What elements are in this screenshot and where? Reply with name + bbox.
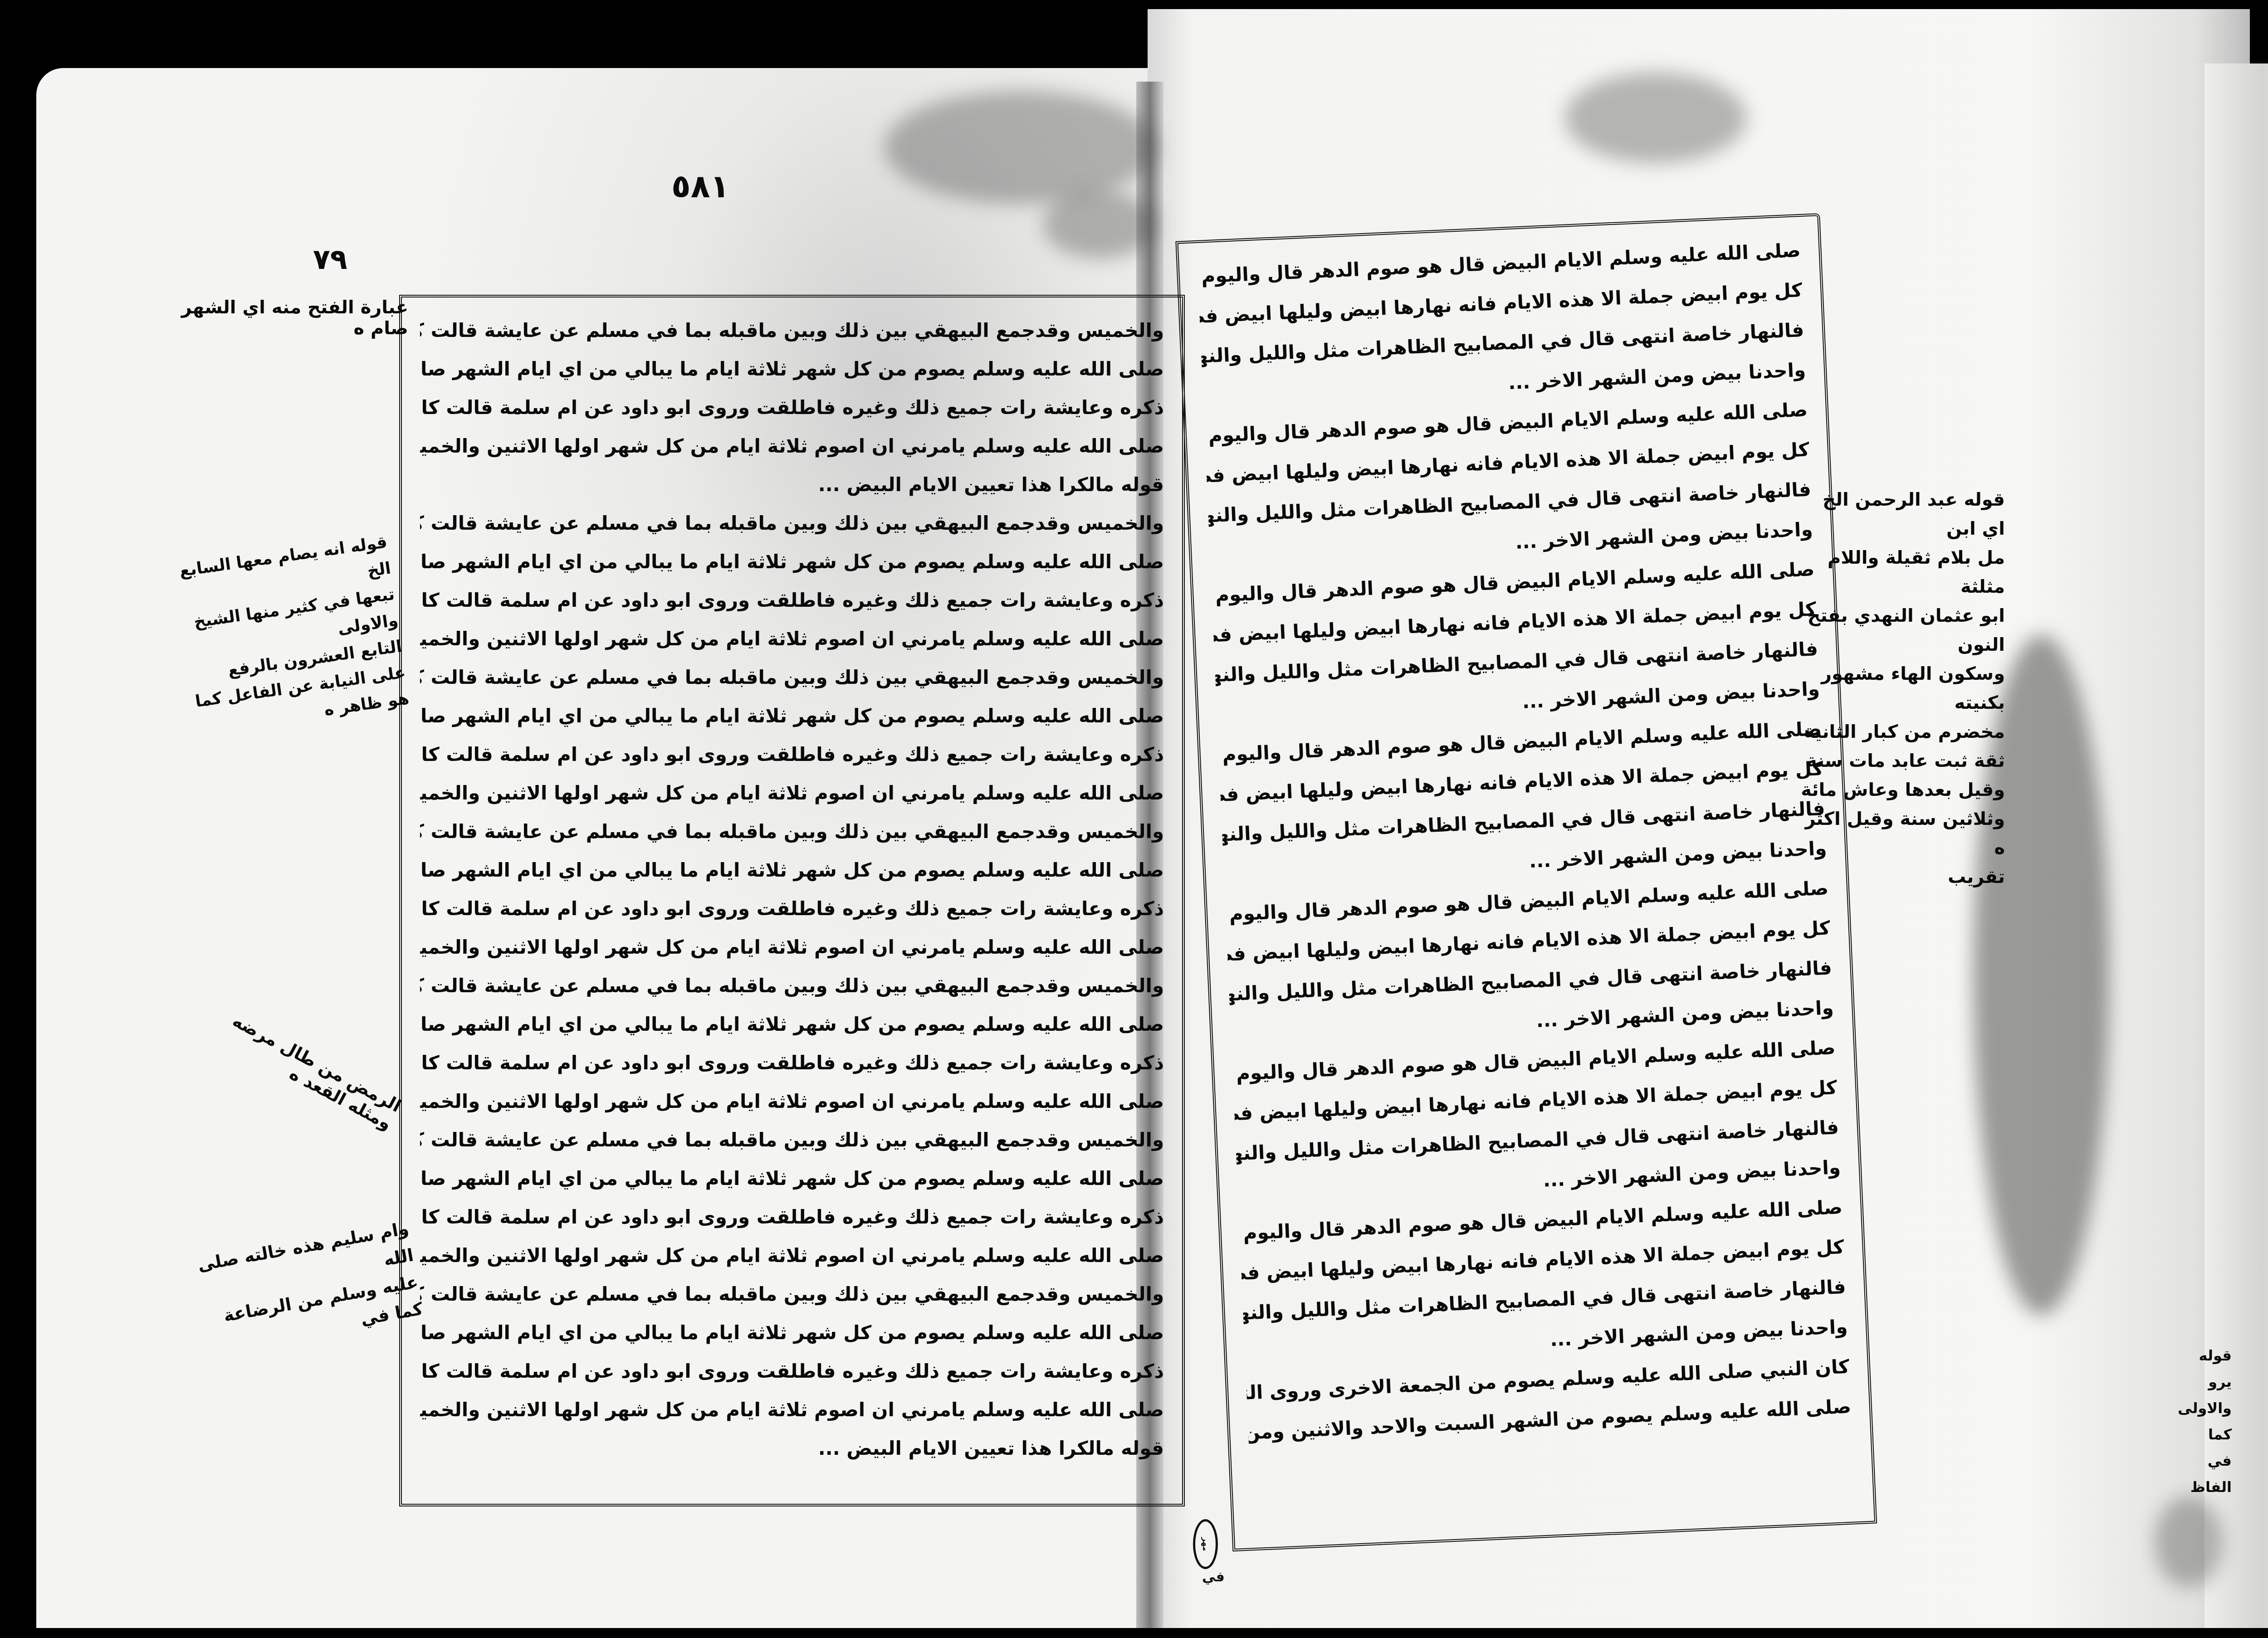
text-line: صلى الله عليه وسلم يصوم من كل شهر ثلاثة … xyxy=(420,1159,1164,1198)
text-line: صلى الله عليه وسلم يصوم من كل شهر ثلاثة … xyxy=(420,697,1164,735)
text-line: صلى الله عليه وسلم يامرني ان اصوم ثلاثة … xyxy=(420,774,1164,812)
right-main-text: صلى الله عليه وسلم الايام البيض قال هو ص… xyxy=(1175,213,1877,1551)
note-line: تقريب xyxy=(1796,863,2005,892)
text-line: صلى الله عليه وسلم يصوم من كل شهر ثلاثة … xyxy=(420,542,1164,581)
note-line: قوله عبد الرحمن الخ اي ابن xyxy=(1796,485,2005,543)
text-line: صلى الله عليه وسلم يصوم من كل شهر ثلاثة … xyxy=(420,350,1164,388)
text-line: صلى الله عليه وسلم يامرني ان اصوم ثلاثة … xyxy=(420,1082,1164,1121)
scan-background: ٥٨١ ٧٩ والخميس وقدجمع البيهقي بين ذلك وب… xyxy=(0,0,2268,1638)
text-line: صلى الله عليه وسلم يامرني ان اصوم ثلاثة … xyxy=(420,1390,1164,1429)
note-line: مل بلام ثقيلة واللام مثلثة xyxy=(1796,543,2005,601)
note-line: وثلاثين سنة وقيل اكثر ه xyxy=(1796,804,2005,863)
text-line: صلى الله عليه وسلم يصوم من كل شهر ثلاثة … xyxy=(420,851,1164,889)
note-line: ثقة ثبت عابد مات سنة xyxy=(1796,746,2005,775)
left-main-text: والخميس وقدجمع البيهقي بين ذلك وبين ماقب… xyxy=(399,295,1185,1506)
text-line: صلى الله عليه وسلم يامرني ان اصوم ثلاثة … xyxy=(420,1236,1164,1275)
text-line: والخميس وقدجمع البيهقي بين ذلك وبين ماقب… xyxy=(420,1121,1164,1159)
text-line: والخميس وقدجمع البيهقي بين ذلك وبين ماقب… xyxy=(420,504,1164,542)
note-line: وقيل بعدها وعاش مائة xyxy=(1796,775,2005,804)
text-line: قوله مالكرا هذا تعيين الايام البيض ... xyxy=(420,465,1164,504)
text-line: ذكره وعايشة رات جميع ذلك وغيره فاطلقت ور… xyxy=(420,1043,1164,1082)
note-line: قوله يرو xyxy=(2182,1342,2232,1395)
text-line: قوله مالكرا هذا تعيين الايام البيض ... xyxy=(420,1429,1164,1467)
note-line: ابو عثمان النهدي بفتح النون xyxy=(1796,601,2005,659)
text-line: صلى الله عليه وسلم يامرني ان اصوم ثلاثة … xyxy=(420,928,1164,966)
marginal-note: قوله انه يصام معها السابع الخ تبعها في ك… xyxy=(161,529,411,743)
text-line: والخميس وقدجمع البيهقي بين ذلك وبين ماقب… xyxy=(420,311,1164,350)
text-line: ذكره وعايشة رات جميع ذلك وغيره فاطلقت ور… xyxy=(420,889,1164,928)
text-line: والخميس وقدجمع البيهقي بين ذلك وبين ماقب… xyxy=(420,966,1164,1005)
page-number: ٧٩ xyxy=(313,243,347,276)
seal-caption: في xyxy=(1202,1569,1225,1585)
note-line: الفاظ xyxy=(2182,1474,2232,1500)
note-line: وسكون الهاء مشهور بكنيته xyxy=(1796,659,2005,717)
marginal-note: قوله يرو والاولى كما في الفاظ xyxy=(2182,1342,2232,1500)
text-line: والخميس وقدجمع البيهقي بين ذلك وبين ماقب… xyxy=(420,812,1164,851)
text-line: ذكره وعايشة رات جميع ذلك وغيره فاطلقت ور… xyxy=(420,1352,1164,1390)
seal-stamp-icon: مهر xyxy=(1193,1519,1218,1569)
text-line: صلى الله عليه وسلم يامرني ان اصوم ثلاثة … xyxy=(420,619,1164,658)
water-stain xyxy=(2155,1497,2223,1587)
text-line: صلى الله عليه وسلم يامرني ان اصوم ثلاثة … xyxy=(420,427,1164,465)
text-line: صلى الله عليه وسلم يصوم من كل شهر ثلاثة … xyxy=(420,1313,1164,1352)
water-stain xyxy=(885,91,1157,204)
note-line: والاولى xyxy=(2182,1395,2232,1421)
text-line: والخميس وقدجمع البيهقي بين ذلك وبين ماقب… xyxy=(420,658,1164,697)
marginal-note: قوله عبد الرحمن الخ اي ابن مل بلام ثقيلة… xyxy=(1796,485,2005,892)
text-line: والخميس وقدجمع البيهقي بين ذلك وبين ماقب… xyxy=(420,1275,1164,1313)
water-stain xyxy=(1565,73,1746,163)
text-line: ذكره وعايشة رات جميع ذلك وغيره فاطلقت ور… xyxy=(420,735,1164,774)
text-line: ذكره وعايشة رات جميع ذلك وغيره فاطلقت ور… xyxy=(420,388,1164,427)
text-line: ذكره وعايشة رات جميع ذلك وغيره فاطلقت ور… xyxy=(420,1198,1164,1236)
folio-number: ٥٨١ xyxy=(671,168,729,205)
text-line: صلى الله عليه وسلم يصوم من كل شهر ثلاثة … xyxy=(420,1005,1164,1043)
marginal-note: عبارة الفتح منه اي الشهر صام ه xyxy=(154,297,408,339)
note-line: مخضرم من كبار الثانية xyxy=(1796,717,2005,746)
text-line: ذكره وعايشة رات جميع ذلك وغيره فاطلقت ور… xyxy=(420,581,1164,619)
note-line: كما في xyxy=(2182,1421,2232,1474)
water-stain xyxy=(1043,190,1157,258)
